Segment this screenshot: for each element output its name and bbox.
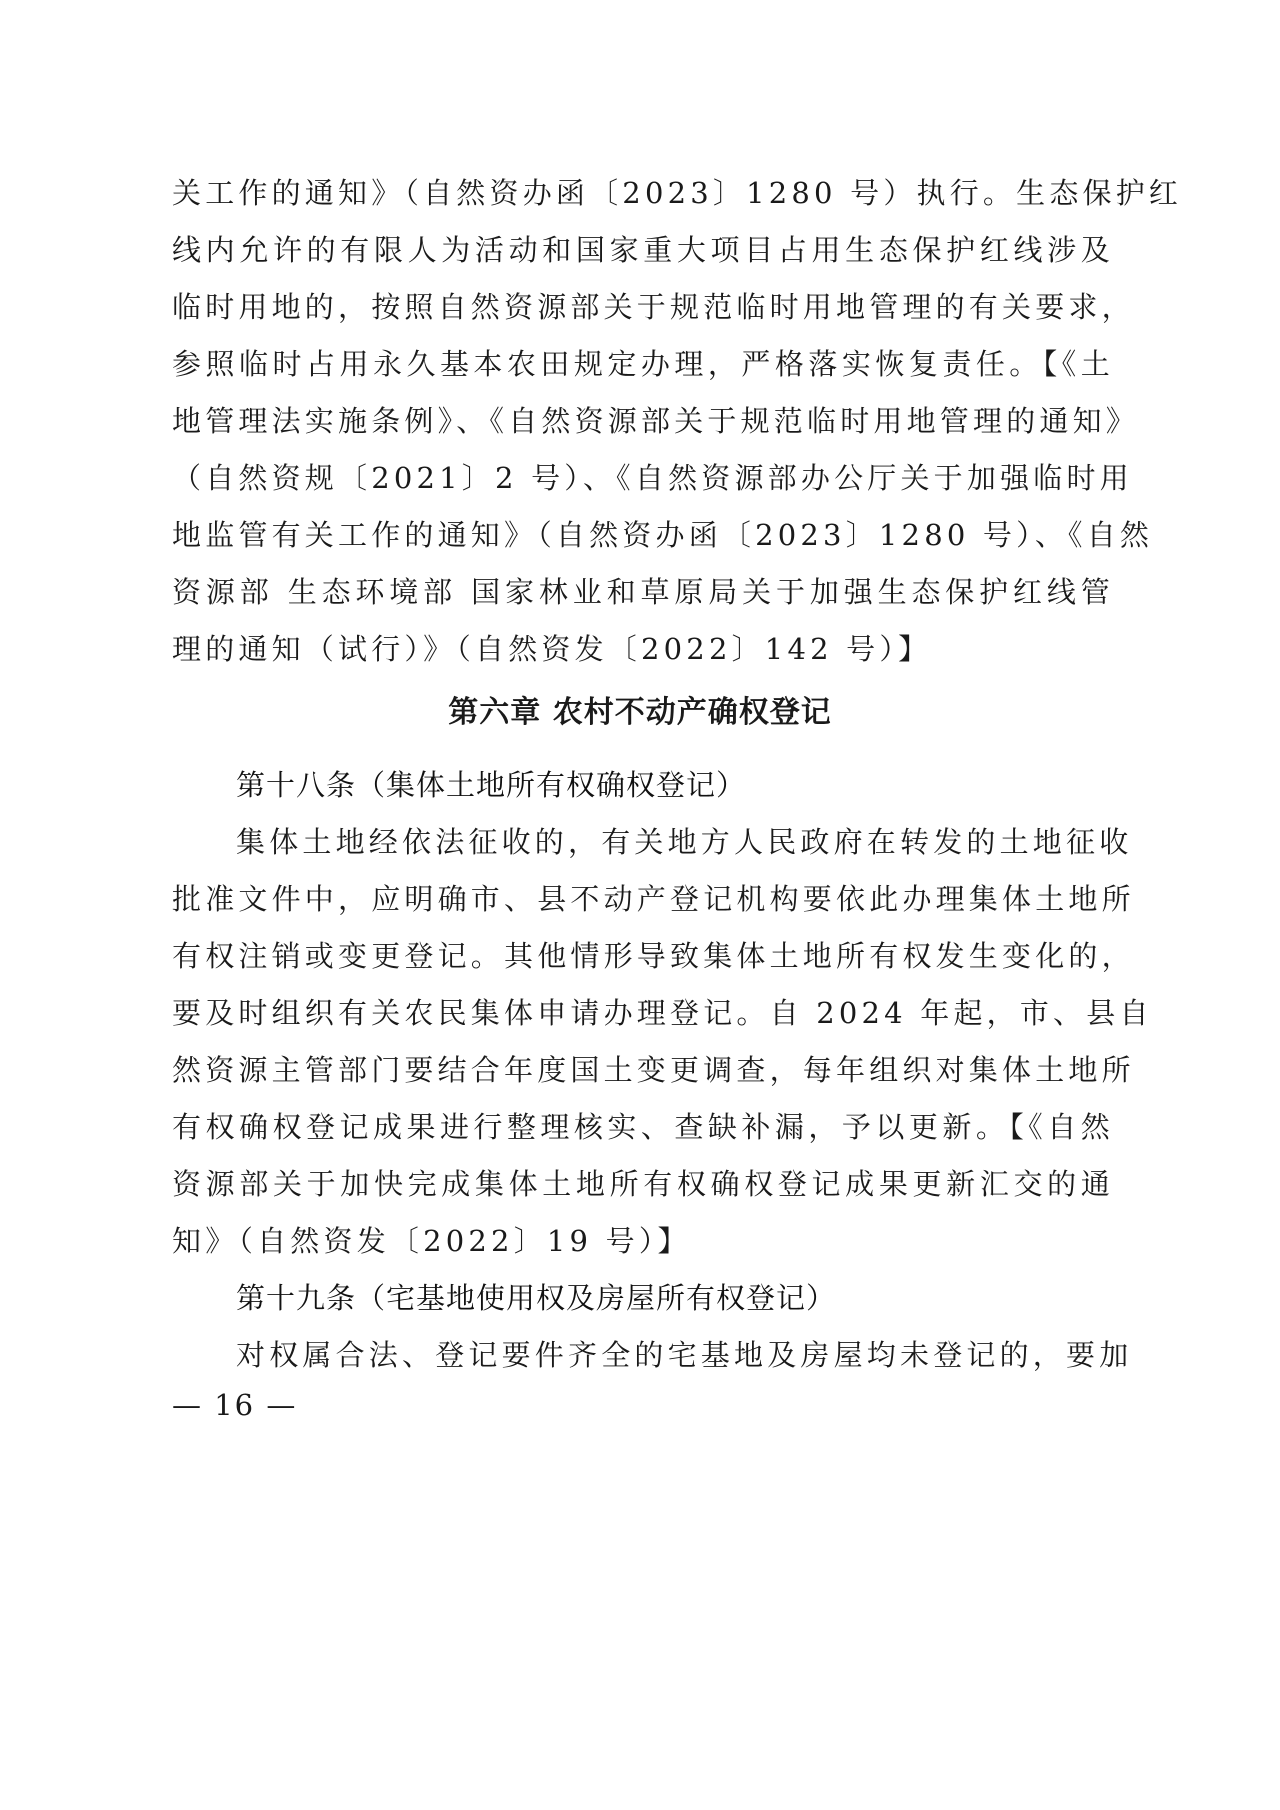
text-line: 资源部关于加快完成集体土地所有权确权登记成果更新汇交的通 [172,1164,1114,1204]
text-line: 集体土地经依法征收的，有关地方人民政府在转发的土地征收 [236,822,1114,862]
article-heading: 第十九条（宅基地使用权及房屋所有权登记） [236,1278,836,1318]
text-line: 资源部 生态环境部 国家林业和草原局关于加强生态保护红线管 [172,572,1114,612]
text-line: 临时用地的，按照自然资源部关于规范临时用地管理的有关要求， [172,287,1114,327]
chapter-title: 第六章 农村不动产确权登记 [0,693,1280,733]
document-page: 关工作的通知》（自然资办函〔2023〕1280 号）执行。生态保护红 线内允许的… [0,0,1280,1810]
page-number: — 16 — [172,1385,297,1425]
text-line: （自然资规〔2021〕2 号）、《自然资源部办公厅关于加强临时用 [172,458,1114,498]
text-line: 要及时组织有关农民集体申请办理登记。自 2024 年起，市、县自 [172,993,1114,1033]
text-line: 关工作的通知》（自然资办函〔2023〕1280 号）执行。生态保护红 [172,173,1114,213]
text-line: 对权属合法、登记要件齐全的宅基地及房屋均未登记的，要加 [236,1335,1114,1375]
text-line: 地管理法实施条例》、《自然资源部关于规范临时用地管理的通知》 [172,401,1114,441]
text-line: 理的通知（试行）》（自然资发〔2022〕142 号）】 [172,629,1114,669]
text-line: 知》（自然资发〔2022〕19 号）】 [172,1221,1114,1261]
text-line: 然资源主管部门要结合年度国土变更调查，每年组织对集体土地所 [172,1050,1114,1090]
text-line: 地监管有关工作的通知》（自然资办函〔2023〕1280 号）、《自然 [172,515,1114,555]
text-line: 参照临时占用永久基本农田规定办理，严格落实恢复责任。【《土 [172,344,1114,384]
text-line: 有权确权登记成果进行整理核实、查缺补漏，予以更新。【《自然 [172,1107,1114,1147]
text-line: 批准文件中，应明确市、县不动产登记机构要依此办理集体土地所 [172,879,1114,919]
text-line: 线内允许的有限人为活动和国家重大项目占用生态保护红线涉及 [172,230,1114,270]
text-line: 有权注销或变更登记。其他情形导致集体土地所有权发生变化的， [172,936,1114,976]
article-heading: 第十八条（集体土地所有权确权登记） [236,765,746,805]
